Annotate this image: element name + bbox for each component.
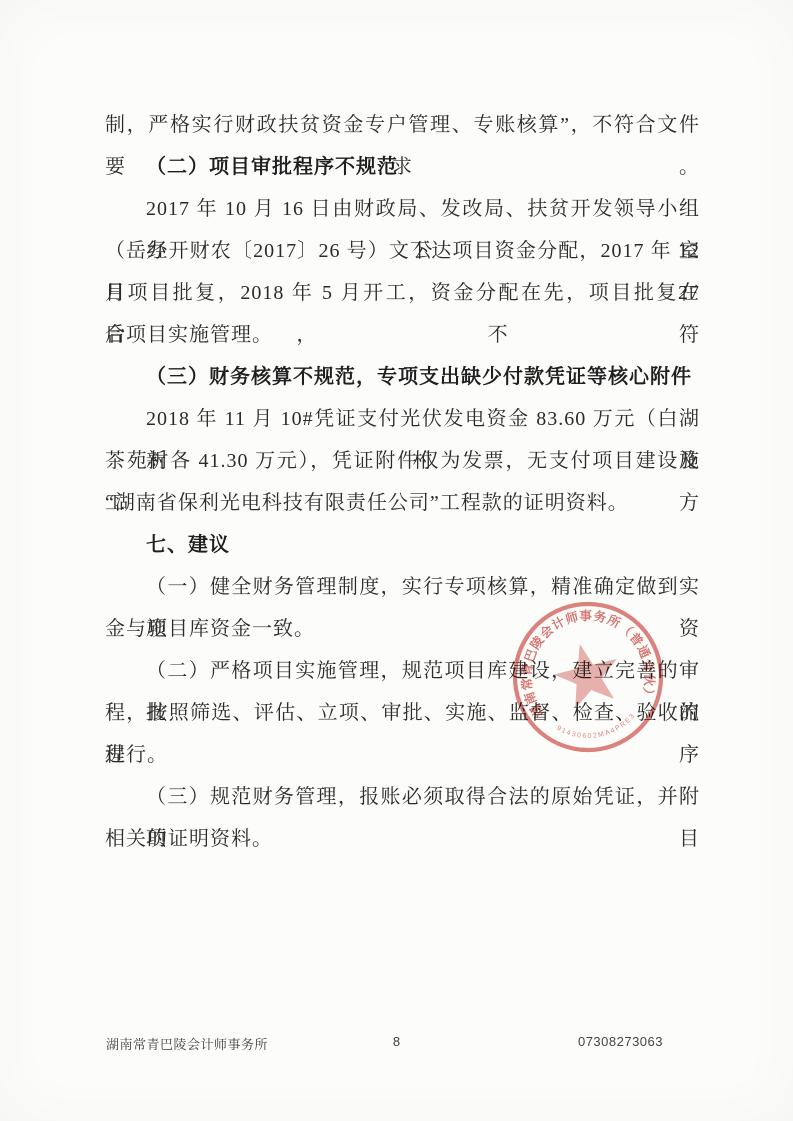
text-line: （三）规范财务管理，报账必须取得合法的原始凭证，并附项目	[105, 776, 700, 818]
text-line: 制，严格实行财政扶贫资金专户管理、专账核算”，不符合文件要求。	[105, 104, 700, 146]
text-line: （岳经开财农〔2017〕26 号）文下达项目资金分配，2017 年 12 月 2…	[105, 230, 700, 272]
footer-page-number: 8	[0, 1034, 793, 1049]
text-line: 程，按照筛选、评估、立项、审批、实施、监督、检查、验收的程序	[105, 692, 700, 734]
document-page: 制，严格实行财政扶贫资金专户管理、专账核算”，不符合文件要求。（二）项目审批程序…	[0, 0, 793, 1121]
heading-line: （三）财务核算不规范，专项支出缺少付款凭证等核心附件	[105, 356, 700, 398]
text-line: 日项目批复，2018 年 5 月开工，资金分配在先，项目批复在后，不符	[105, 272, 700, 314]
footer-phone-number: 07308273063	[578, 1034, 663, 1049]
text-line: （二）严格项目实施管理，规范项目库建设，建立完善的审批流	[105, 650, 700, 692]
text-line: （一）健全财务管理制度，实行专项核算，精准确定做到实施资	[105, 566, 700, 608]
heading-line: 七、建议	[105, 524, 700, 566]
text-line: 茶苑村各 41.30 万元），凭证附件仅为发票，无支付项目建设施工方	[105, 440, 700, 482]
text-line: “湖南省保利光电科技有限责任公司”工程款的证明资料。	[105, 482, 700, 524]
text-line: 2017 年 10 月 16 日由财政局、发改局、扶贫开发领导小组办公室	[105, 188, 700, 230]
text-line: 2018 年 11 月 10#凭证支付光伏发电资金 83.60 万元（白湖新村及	[105, 398, 700, 440]
page-footer: 湖南常青巴陵会计师事务所 8 07308273063	[0, 1034, 793, 1056]
document-body: 制，严格实行财政扶贫资金专户管理、专账核算”，不符合文件要求。（二）项目审批程序…	[105, 104, 700, 860]
